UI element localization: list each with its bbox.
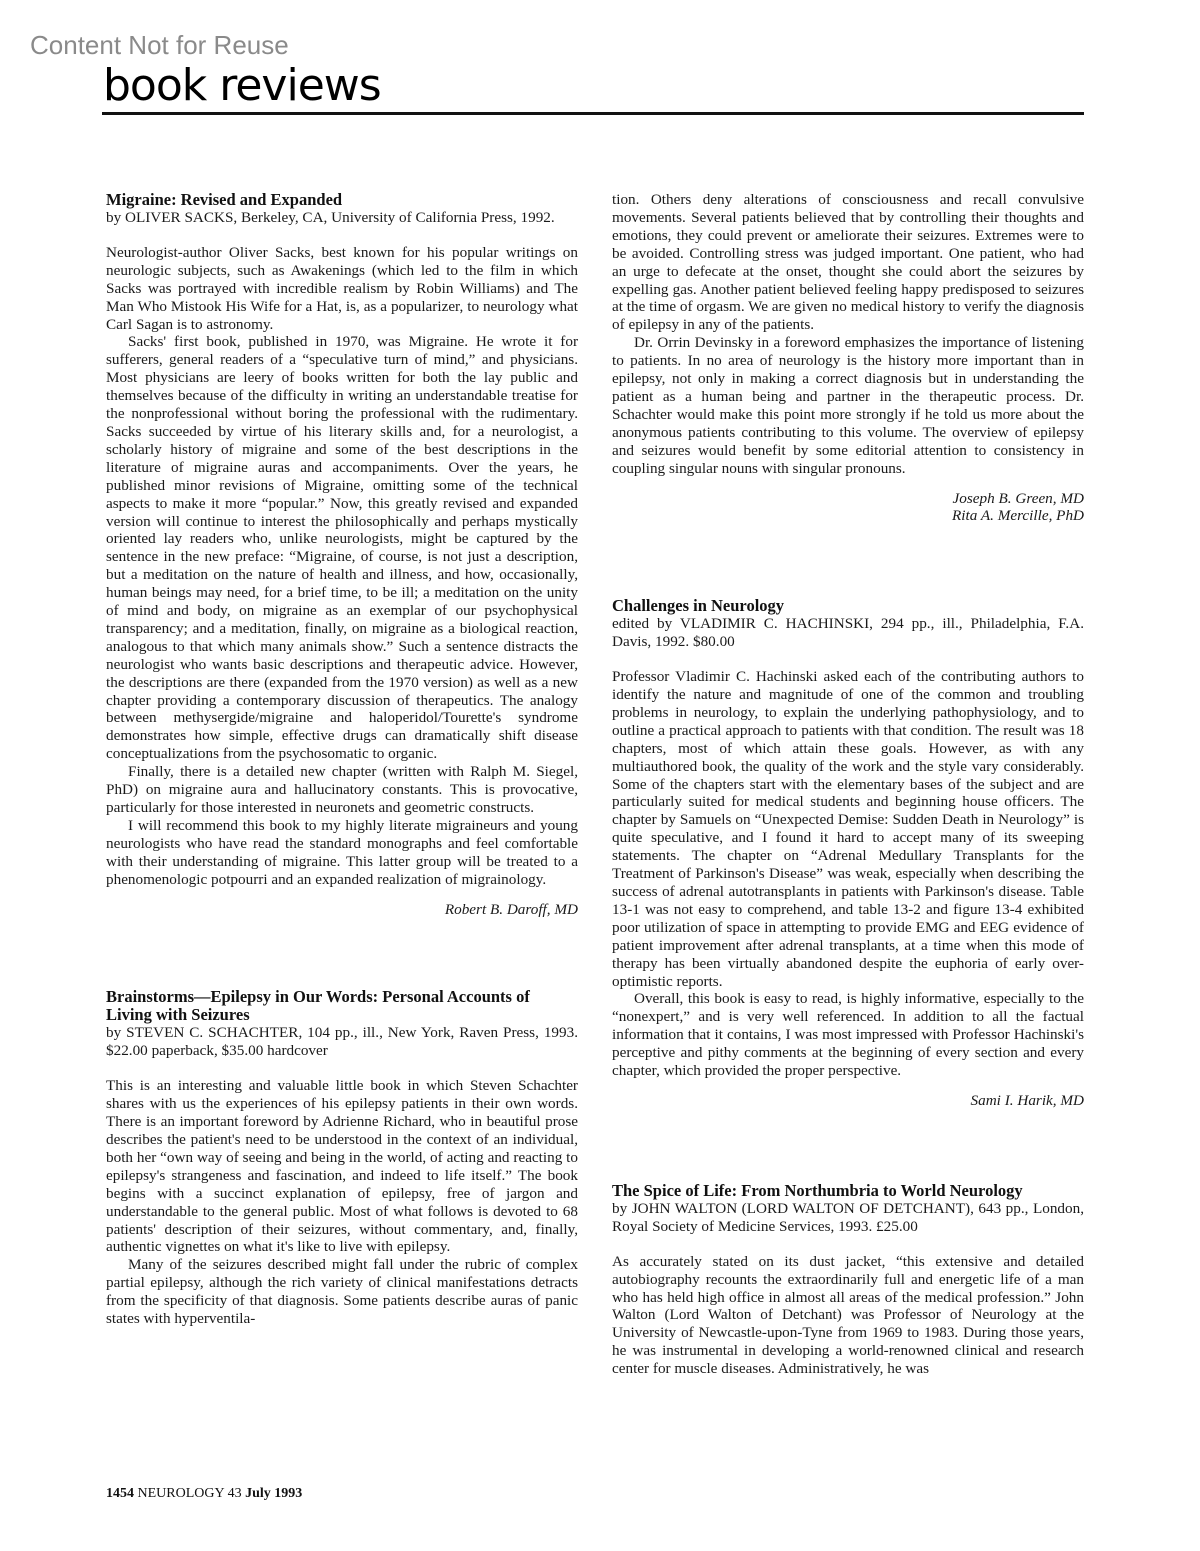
review-citation: by OLIVER SACKS, Berkeley, CA, Universit…	[106, 209, 578, 227]
review-paragraph: Overall, this book is easy to read, is h…	[612, 990, 1084, 1080]
issue-date: July 1993	[245, 1486, 302, 1501]
reviewer-name: Joseph B. Green, MD	[612, 490, 1084, 508]
review-citation: by JOHN WALTON (LORD WALTON OF DETCHANT)…	[612, 1200, 1084, 1236]
review-paragraph: This is an interesting and valuable litt…	[106, 1077, 578, 1256]
review-paragraph: Many of the seizures described might fal…	[106, 1256, 578, 1328]
review-spice-of-life: The Spice of Life: From Northumbria to W…	[612, 1182, 1084, 1378]
review-title: Challenges in Neurology	[612, 597, 1084, 615]
review-paragraph: Sacks' first book, published in 1970, wa…	[106, 333, 578, 763]
journal-volume: NEUROLOGY 43	[138, 1486, 242, 1501]
review-challenges: Challenges in Neurology edited by VLADIM…	[612, 597, 1084, 1110]
reviewer-name: Robert B. Daroff, MD	[106, 901, 578, 919]
page-footer: 1454 NEUROLOGY 43 July 1993	[106, 1486, 302, 1502]
section-title: book reviews	[103, 60, 381, 111]
reviewer-name: Sami I. Harik, MD	[612, 1092, 1084, 1110]
review-paragraph: Neurologist-author Oliver Sacks, best kn…	[106, 244, 578, 334]
review-title: Brainstorms—Epilepsy in Our Words: Perso…	[106, 988, 578, 1024]
review-paragraph: As accurately stated on its dust jacket,…	[612, 1253, 1084, 1378]
reviewer-signature: Robert B. Daroff, MD	[106, 901, 578, 919]
left-column: Migraine: Revised and Expanded by OLIVER…	[106, 191, 578, 1328]
review-title: Migraine: Revised and Expanded	[106, 191, 578, 209]
review-citation: by STEVEN C. SCHACHTER, 104 pp., ill., N…	[106, 1024, 578, 1060]
spacer	[612, 1110, 1084, 1182]
watermark: Content Not for Reuse	[30, 30, 289, 61]
review-title: The Spice of Life: From Northumbria to W…	[612, 1182, 1084, 1200]
review-citation: edited by VLADIMIR C. HACHINSKI, 294 pp.…	[612, 615, 1084, 651]
reviewer-name: Rita A. Mercille, PhD	[612, 507, 1084, 525]
review-migraine: Migraine: Revised and Expanded by OLIVER…	[106, 191, 578, 918]
title-rule	[102, 112, 1084, 115]
review-paragraph: Finally, there is a detailed new chapter…	[106, 763, 578, 817]
review-paragraph: Dr. Orrin Devinsky in a foreword emphasi…	[612, 334, 1084, 477]
review-paragraph: tion. Others deny alterations of conscio…	[612, 191, 1084, 334]
review-paragraph: I will recommend this book to my highly …	[106, 817, 578, 889]
spacer	[106, 918, 578, 988]
review-brainstorms-continued: tion. Others deny alterations of conscio…	[612, 191, 1084, 525]
right-column: tion. Others deny alterations of conscio…	[612, 191, 1084, 1378]
review-brainstorms: Brainstorms—Epilepsy in Our Words: Perso…	[106, 988, 578, 1328]
review-paragraph: Professor Vladimir C. Hachinski asked ea…	[612, 668, 1084, 990]
page-number: 1454	[106, 1486, 134, 1501]
spacer	[612, 525, 1084, 597]
reviewer-signature: Joseph B. Green, MD Rita A. Mercille, Ph…	[612, 490, 1084, 526]
reviewer-signature: Sami I. Harik, MD	[612, 1092, 1084, 1110]
